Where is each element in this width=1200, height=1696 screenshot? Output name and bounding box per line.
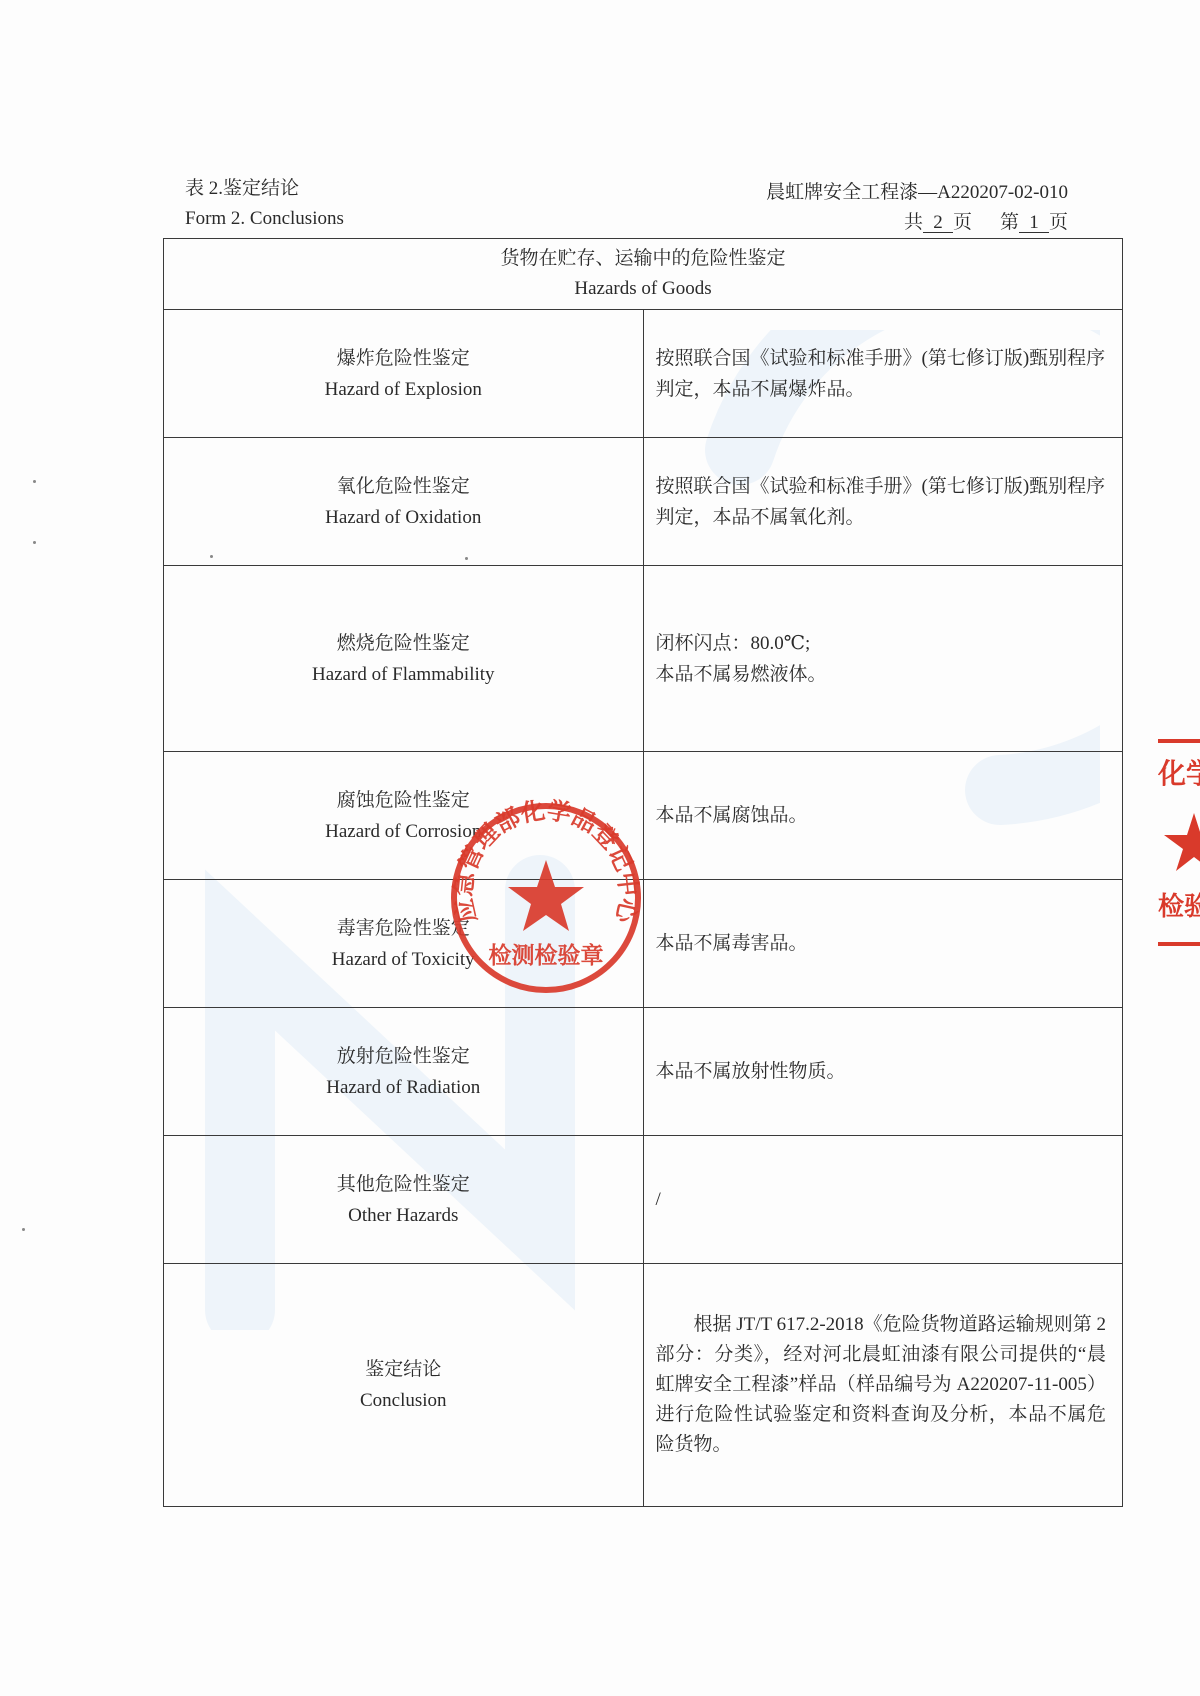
conclusion-text-cell: 根据 JT/T 617.2-2018《危险货物道路运输规则第 2 部分：分类》，…: [643, 1264, 1123, 1507]
row-value: 按照联合国《试验和标准手册》(第七修订版)甄别程序判定，本品不属爆炸品。: [643, 310, 1123, 438]
page-indicator: 共2页第1页: [766, 208, 1068, 238]
hazards-table: 货物在贮存、运输中的危险性鉴定 Hazards of Goods 爆炸危险性鉴定…: [163, 238, 1123, 1507]
table-row-other: 其他危险性鉴定Other Hazards /: [164, 1136, 1123, 1264]
scan-speck: [465, 557, 468, 560]
row-label: 毒害危险性鉴定Hazard of Toxicity: [164, 880, 644, 1008]
star-icon: [1164, 813, 1200, 871]
table-row-flammability: 燃烧危险性鉴定Hazard of Flammability 闭杯闪点：80.0℃…: [164, 566, 1123, 752]
row-value: 本品不属腐蚀品。: [643, 752, 1123, 880]
scan-speck: [22, 1228, 25, 1231]
row-value: /: [643, 1136, 1123, 1264]
table-row-conclusion: 鉴定结论Conclusion 根据 JT/T 617.2-2018《危险货物道路…: [164, 1264, 1123, 1507]
table-title-en: Hazards of Goods: [165, 274, 1121, 304]
product-reference: 晨虹牌安全工程漆—A220207-02-010: [766, 178, 1068, 208]
svg-text:检验: 检验: [1158, 891, 1200, 922]
scan-speck: [210, 555, 213, 558]
row-value: 闭杯闪点：80.0℃;本品不属易燃液体。: [643, 566, 1123, 752]
table-row-explosion: 爆炸危险性鉴定Hazard of Explosion 按照联合国《试验和标准手册…: [164, 310, 1123, 438]
scan-speck: [33, 541, 36, 544]
row-label: 放射危险性鉴定Hazard of Radiation: [164, 1008, 644, 1136]
conclusion-text: 根据 JT/T 617.2-2018《危险货物道路运输规则第 2 部分：分类》，…: [656, 1310, 1113, 1460]
table-title: 货物在贮存、运输中的危险性鉴定 Hazards of Goods: [164, 239, 1123, 310]
table-title-cn: 货物在贮存、运输中的危险性鉴定: [165, 244, 1121, 274]
row-label: 腐蚀危险性鉴定Hazard of Corrosion: [164, 752, 644, 880]
svg-text:化学: 化学: [1158, 757, 1200, 790]
row-label: 爆炸危险性鉴定Hazard of Explosion: [164, 310, 644, 438]
form-title: 表 2.鉴定结论 Form 2. Conclusions: [185, 174, 344, 234]
table-row-corrosion: 腐蚀危险性鉴定Hazard of Corrosion 本品不属腐蚀品。: [164, 752, 1123, 880]
table-row-toxicity: 毒害危险性鉴定Hazard of Toxicity 本品不属毒害品。: [164, 880, 1123, 1008]
row-label: 氧化危险性鉴定Hazard of Oxidation: [164, 438, 644, 566]
row-value: 本品不属毒害品。: [643, 880, 1123, 1008]
page-total: 2: [923, 214, 953, 233]
table-row-radiation: 放射危险性鉴定Hazard of Radiation 本品不属放射性物质。: [164, 1008, 1123, 1136]
form-title-en: Form 2. Conclusions: [185, 204, 344, 234]
page-current: 1: [1019, 214, 1049, 233]
partial-seal-edge: 化学 检验: [1158, 735, 1200, 950]
row-label: 鉴定结论Conclusion: [164, 1264, 644, 1507]
report-reference: 晨虹牌安全工程漆—A220207-02-010 共2页第1页: [766, 178, 1068, 238]
form-title-cn: 表 2.鉴定结论: [185, 174, 344, 204]
table-row-oxidation: 氧化危险性鉴定Hazard of Oxidation 按照联合国《试验和标准手册…: [164, 438, 1123, 566]
row-label: 燃烧危险性鉴定Hazard of Flammability: [164, 566, 644, 752]
row-label: 其他危险性鉴定Other Hazards: [164, 1136, 644, 1264]
scan-speck: [33, 480, 36, 483]
row-value: 本品不属放射性物质。: [643, 1008, 1123, 1136]
row-value: 按照联合国《试验和标准手册》(第七修订版)甄别程序判定，本品不属氧化剂。: [643, 438, 1123, 566]
